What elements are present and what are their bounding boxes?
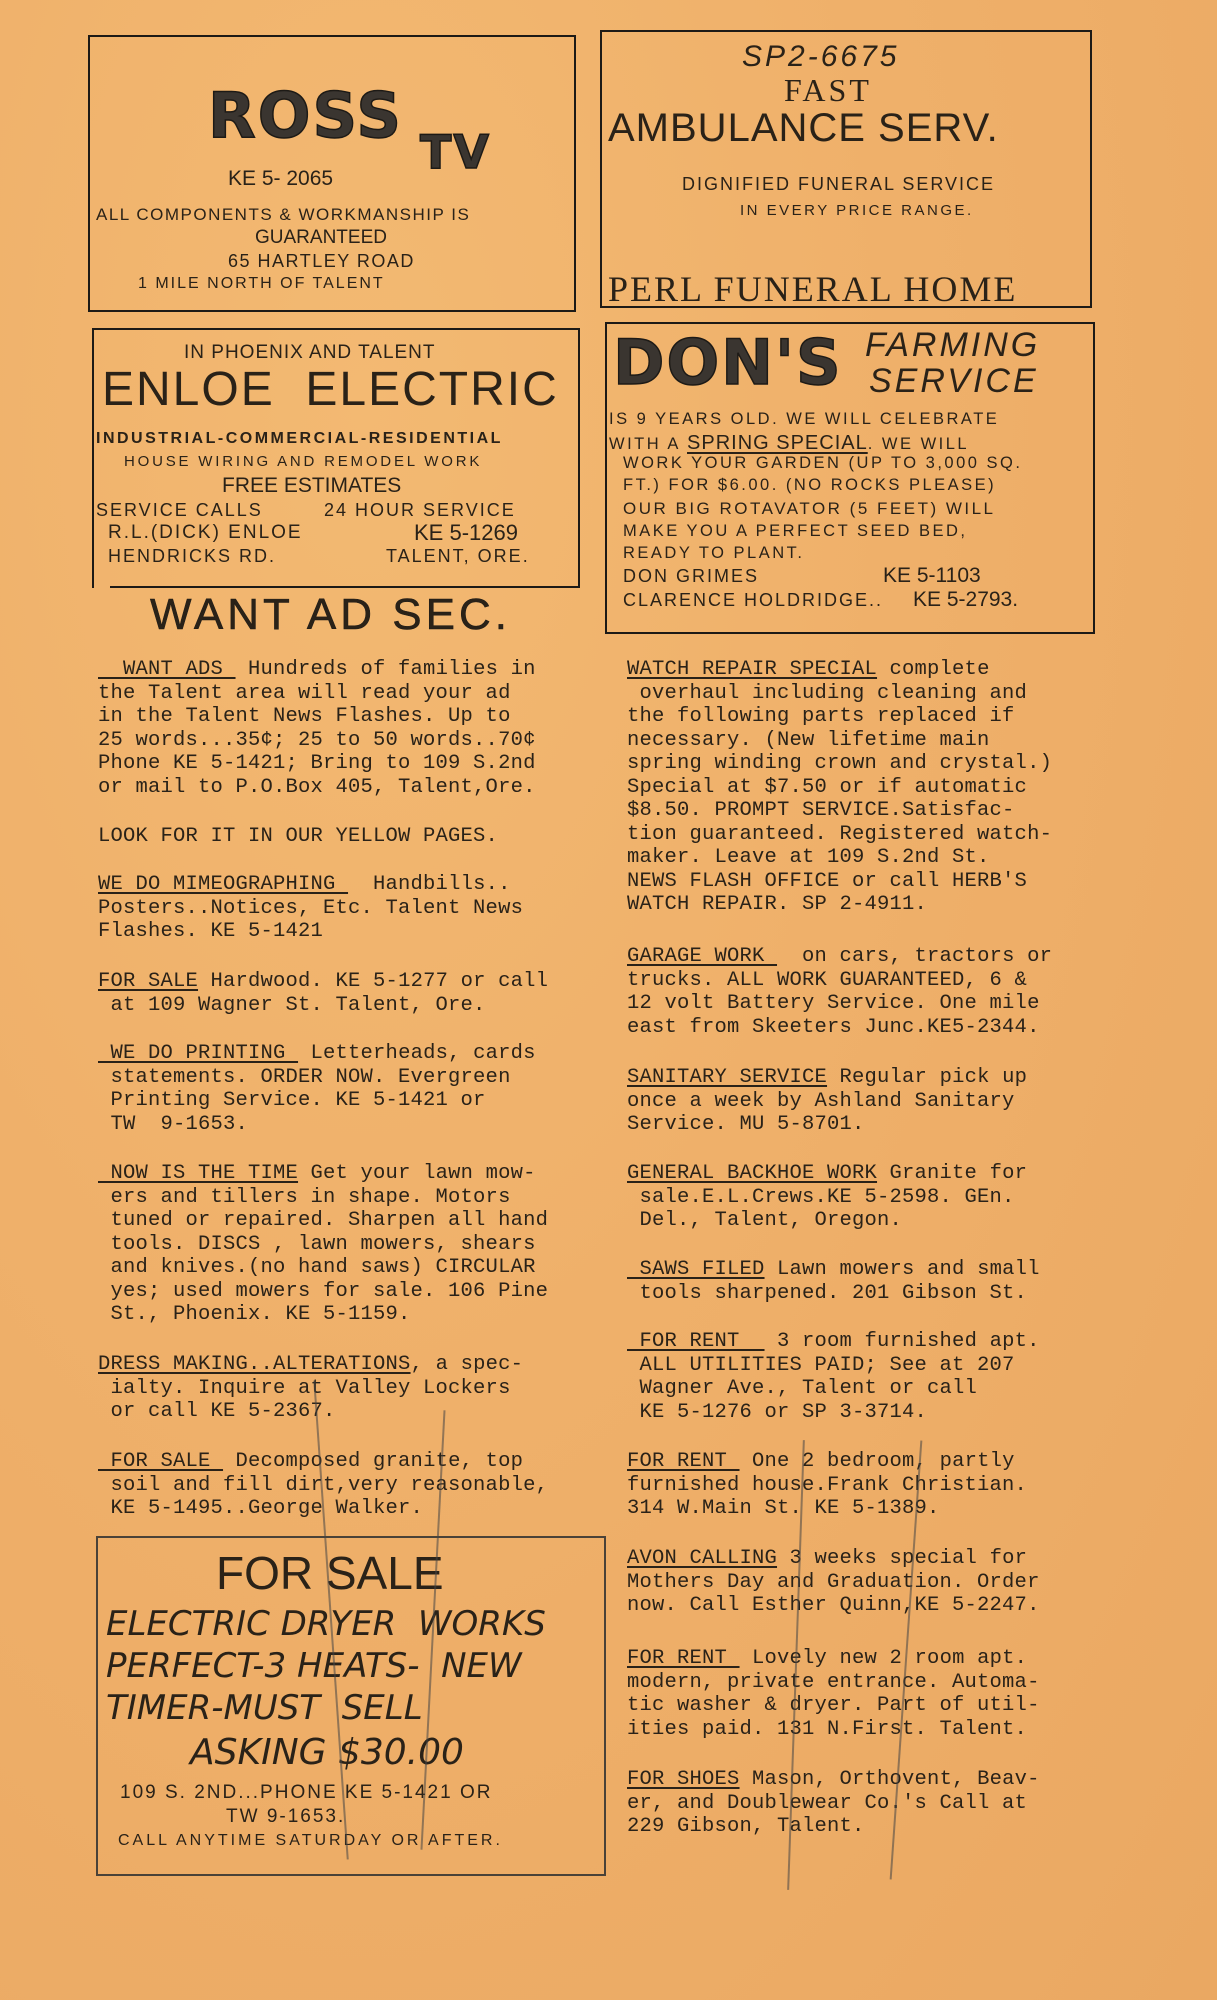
dryer-for-sale-ad: FOR SALE ELECTRIC DRYER WORKS PERFECT-3 … <box>96 1536 606 1876</box>
ad-heading: AVON CALLING <box>627 1547 777 1570</box>
right-ad-1: GARAGE WORK on cars, tractors or trucks.… <box>627 945 1052 1039</box>
spring-special-highlight: SPRING SPECIAL <box>687 432 868 454</box>
want-ad-section-title: WANT AD SEC. <box>150 590 511 640</box>
left-ad-6: DRESS MAKING..ALTERATIONS, a spec- ialty… <box>98 1353 523 1424</box>
funeral-ambulance: AMBULANCE SERV. <box>608 106 999 151</box>
right-ad-2: SANITARY SERVICE Regular pick up once a … <box>627 1066 1027 1137</box>
ad-heading: WE DO PRINTING <box>98 1042 298 1065</box>
dons-line-5: MAKE YOU A PERFECT SEED BED, <box>623 522 967 541</box>
funeral-dignified: DIGNIFIED FUNERAL SERVICE <box>682 174 995 195</box>
ad-body: LOOK FOR IT IN OUR YELLOW PAGES. <box>98 825 498 848</box>
ad-heading: SAWS FILED <box>627 1258 765 1281</box>
ad-heading: WE DO MIMEOGRAPHING <box>98 873 348 896</box>
left-ad-1: LOOK FOR IT IN OUR YELLOW PAGES. <box>98 825 498 849</box>
left-ad-0: WANT ADS Hundreds of families in the Tal… <box>98 658 536 799</box>
ad-heading: FOR SALE <box>98 970 198 993</box>
ad-heading: FOR RENT <box>627 1330 765 1353</box>
ad-body: Get your lawn mow- ers and tillers in sh… <box>98 1162 548 1326</box>
dryer-line2: PERFECT-3 HEATS- NEW <box>106 1646 522 1686</box>
left-ad-4: WE DO PRINTING Letterheads, cards statem… <box>98 1042 536 1136</box>
dons-line-3: FT.) FOR $6.00. (NO ROCKS PLEASE) <box>623 476 996 495</box>
enloe-phone: KE 5-1269 <box>414 520 518 546</box>
right-ad-0: WATCH REPAIR SPECIAL complete overhaul i… <box>627 658 1052 917</box>
right-ad-4: SAWS FILED Lawn mowers and small tools s… <box>627 1258 1040 1305</box>
ad-heading: FOR SALE <box>98 1450 223 1473</box>
funeral-phone: SP2-6675 <box>742 40 899 74</box>
dons-line-6: READY TO PLANT. <box>623 544 804 563</box>
ad-heading: WANT ADS <box>98 658 236 681</box>
dons-title-farming: FARMING <box>865 326 1040 365</box>
enloe-owner: R.L.(DICK) ENLOE <box>108 522 303 544</box>
enloe-city: TALENT, ORE. <box>386 546 530 567</box>
ross-tv-ad: ROSS TV KE 5- 2065 ALL COMPONENTS & WORK… <box>88 35 576 312</box>
left-ad-5: NOW IS THE TIME Get your lawn mow- ers a… <box>98 1162 548 1327</box>
ross-phone: KE 5- 2065 <box>228 167 333 191</box>
ad-heading: WATCH REPAIR SPECIAL <box>627 658 877 681</box>
dryer-address: 109 S. 2ND...PHONE KE 5-1421 OR <box>120 1782 492 1804</box>
dons-contact1-name: DON GRIMES <box>623 566 759 587</box>
dryer-phone2: TW 9-1653. <box>226 1806 345 1828</box>
ad-heading: FOR RENT <box>627 1450 740 1473</box>
ross-address: 65 HARTLEY ROAD <box>228 251 415 272</box>
enloe-bottom-rule <box>110 586 580 588</box>
funeral-home-name: PERL FUNERAL HOME <box>608 268 1017 310</box>
dryer-call-anytime: CALL ANYTIME SATURDAY OR AFTER. <box>118 1832 503 1850</box>
dons-line-1: WITH A SPRING SPECIAL. WE WILL <box>609 432 969 455</box>
ross-line2: GUARANTEED <box>255 227 387 249</box>
dons-title-service: SERVICE <box>869 362 1039 401</box>
ross-logo: ROSS <box>208 79 403 152</box>
enloe-road: HENDRICKS RD. <box>108 546 276 567</box>
right-ad-9: FOR SHOES Mason, Orthovent, Beav- er, an… <box>627 1768 1040 1839</box>
ad-heading: FOR SHOES <box>627 1768 740 1791</box>
right-ad-5: FOR RENT 3 room furnished apt. ALL UTILI… <box>627 1330 1040 1424</box>
left-ad-2: WE DO MIMEOGRAPHING Handbills.. Posters.… <box>98 873 523 944</box>
dons-line-4: OUR BIG ROTAVATOR (5 FEET) WILL <box>623 499 996 519</box>
right-ad-6: FOR RENT One 2 bedroom, partly furnished… <box>627 1450 1027 1521</box>
ross-line1: ALL COMPONENTS & WORKMANSHIP IS <box>96 205 470 225</box>
enloe-service-calls: SERVICE CALLS <box>96 500 263 521</box>
left-ad-3: FOR SALE Hardwood. KE 5-1277 or call at … <box>98 970 548 1017</box>
ad-heading: GARAGE WORK <box>627 945 777 968</box>
ad-heading: GENERAL BACKHOE WORK <box>627 1162 877 1185</box>
dons-farming-ad: DON'S FARMING SERVICE IS 9 YEARS OLD. WE… <box>605 322 1095 634</box>
right-ad-8: FOR RENT Lovely new 2 room apt. modern, … <box>627 1647 1040 1741</box>
dryer-price: ASKING $30.00 <box>190 1732 464 1773</box>
funeral-fast: FAST <box>784 72 872 109</box>
ad-body: complete overhaul including cleaning and… <box>627 658 1052 916</box>
funeral-price-range: IN EVERY PRICE RANGE. <box>740 202 974 219</box>
dons-line-0: IS 9 YEARS OLD. WE WILL CELEBRATE <box>609 410 999 429</box>
dryer-line3: TIMER-MUST SELL <box>106 1688 423 1728</box>
ad-heading: DRESS MAKING..ALTERATIONS <box>98 1353 411 1376</box>
ad-heading: SANITARY SERVICE <box>627 1066 827 1089</box>
dons-contact2-phone: KE 5-2793. <box>913 588 1018 612</box>
ad-heading: FOR RENT <box>627 1647 740 1670</box>
enloe-line1: INDUSTRIAL-COMMERCIAL-RESIDENTIAL <box>96 430 503 448</box>
dons-logo: DON'S <box>613 326 843 399</box>
enloe-24-hour: 24 HOUR SERVICE <box>324 500 516 521</box>
dons-line-2: WORK YOUR GARDEN (UP TO 3,000 SQ. <box>623 454 1022 473</box>
right-ad-7: AVON CALLING 3 weeks special for Mothers… <box>627 1547 1040 1618</box>
dons-contact1-phone: KE 5-1103 <box>883 564 981 588</box>
enloe-top: IN PHOENIX AND TALENT <box>184 342 436 364</box>
ross-tv-logo-suffix: TV <box>420 125 491 179</box>
enloe-electric-ad: IN PHOENIX AND TALENT ENLOE ELECTRIC IND… <box>92 328 580 588</box>
dryer-line1: ELECTRIC DRYER WORKS <box>106 1604 546 1644</box>
dons-contact2-name: CLARENCE HOLDRIDGE.. <box>623 590 883 611</box>
ross-location: 1 MILE NORTH OF TALENT <box>138 275 385 293</box>
enloe-line2: HOUSE WIRING AND REMODEL WORK <box>124 453 482 470</box>
enloe-name: ENLOE ELECTRIC <box>102 362 559 417</box>
enloe-line3: FREE ESTIMATES <box>222 474 401 498</box>
right-ad-3: GENERAL BACKHOE WORK Granite for sale.E.… <box>627 1162 1027 1233</box>
ad-heading: NOW IS THE TIME <box>98 1162 298 1185</box>
perl-funeral-ad: SP2-6675 FAST AMBULANCE SERV. DIGNIFIED … <box>600 30 1092 308</box>
